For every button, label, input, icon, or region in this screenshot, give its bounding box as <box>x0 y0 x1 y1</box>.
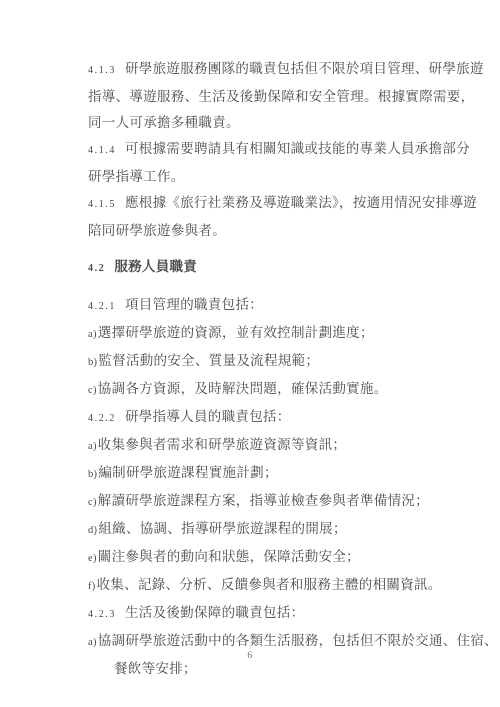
doc-line: c)協調各方資源，及時解決問題，確保活動實施。 <box>88 376 448 404</box>
line-text: 收集參與者需求和研學旅遊資源等資訊； <box>98 437 346 452</box>
list-item-marker: a) <box>88 329 97 340</box>
line-text: 解讀研學旅遊課程方案，指導並檢查參與者準備情況； <box>98 493 429 508</box>
doc-line: b)監督活動的安全、質量及流程規範； <box>88 348 448 376</box>
line-text: 應根據《旅行社業務及導遊職業法》，按適用情況安排導遊 <box>125 195 477 210</box>
clause-number: 4.2 <box>88 263 105 274</box>
line-text: 協調各方資源，及時解決問題，確保活動實施。 <box>98 381 388 396</box>
doc-line: 4.1.3研學旅遊服務團隊的職責包括但不限於項目管理、研學旅遊 <box>88 56 448 84</box>
line-text: 研學指導工作。 <box>88 169 185 184</box>
line-text: 項目管理的職責包括： <box>125 297 263 312</box>
list-item-marker: b) <box>88 357 97 368</box>
clause-number: 4.1.5 <box>88 199 116 210</box>
page-number: 6 <box>0 651 500 661</box>
line-text: 研學旅遊服務團隊的職責包括但不限於項目管理、研學旅遊 <box>125 61 484 76</box>
line-text: 收集、記錄、分析、反饋參與者和服務主體的相關資訊。 <box>97 577 442 592</box>
doc-line: a)收集參與者需求和研學旅遊資源等資訊； <box>88 432 448 460</box>
line-text: 指導、導遊服務、生活及後勤保障和安全管理。根據實際需要， <box>88 89 474 104</box>
section-heading-line: 4.2服務人員職責 <box>88 254 448 282</box>
list-item-marker: f) <box>88 581 96 592</box>
doc-line: 4.2.2研學指導人員的職責包括： <box>88 404 448 432</box>
list-item-marker: a) <box>88 441 97 452</box>
line-text: 服務人員職責 <box>114 259 197 274</box>
clause-number: 4.1.4 <box>88 145 116 156</box>
doc-line: f)收集、記錄、分析、反饋參與者和服務主體的相關資訊。 <box>88 572 448 600</box>
list-item-marker: c) <box>88 385 97 396</box>
line-text: 組織、協調、指導研學旅遊課程的開展； <box>98 521 346 536</box>
line-text: 生活及後勤保障的職責包括： <box>125 605 304 620</box>
doc-line: 同一人可承擔多種職責。 <box>88 110 448 136</box>
list-item-marker: b) <box>88 469 97 480</box>
doc-line: 研學指導工作。 <box>88 164 448 190</box>
line-text: 協調研學旅遊活動中的各類生活服務，包括但不限於交通、住宿、 <box>98 633 498 648</box>
doc-line: 指導、導遊服務、生活及後勤保障和安全管理。根據實際需要， <box>88 84 448 110</box>
clause-number: 4.2.2 <box>88 413 116 424</box>
doc-line: a)選擇研學旅遊的資源，並有效控制計劃進度； <box>88 320 448 348</box>
doc-line: c)解讀研學旅遊課程方案，指導並檢查參與者準備情況； <box>88 488 448 516</box>
list-item-marker: d) <box>88 525 97 536</box>
doc-line: 陪同研學旅遊參與者。 <box>88 218 448 244</box>
list-item-marker: a) <box>88 637 97 648</box>
clause-number: 4.2.3 <box>88 609 116 620</box>
line-text: 關注參與者的動向和狀態，保障活動安全； <box>98 549 360 564</box>
line-text: 研學指導人員的職責包括： <box>125 409 291 424</box>
line-text: 餐飲等安排； <box>114 661 197 676</box>
line-text: 可根據需要聘請具有相關知識或技能的專業人員承擔部分 <box>125 141 470 156</box>
document-page: 4.1.3研學旅遊服務團隊的職責包括但不限於項目管理、研學旅遊指導、導遊服務、生… <box>0 0 500 707</box>
clause-number: 4.2.1 <box>88 301 116 312</box>
line-text: 陪同研學旅遊參與者。 <box>88 223 226 238</box>
clause-number: 4.1.3 <box>88 65 116 76</box>
doc-line: 4.2.1項目管理的職責包括： <box>88 292 448 320</box>
doc-line: 4.1.5應根據《旅行社業務及導遊職業法》，按適用情況安排導遊 <box>88 190 448 218</box>
line-text: 編制研學旅遊課程實施計劃； <box>98 465 277 480</box>
doc-line: 4.2.3生活及後勤保障的職責包括： <box>88 600 448 628</box>
line-text: 監督活動的安全、質量及流程規範； <box>98 353 319 368</box>
doc-line: 4.1.4可根據需要聘請具有相關知識或技能的專業人員承擔部分 <box>88 136 448 164</box>
doc-line: b)編制研學旅遊課程實施計劃； <box>88 460 448 488</box>
doc-line: d)組織、協調、指導研學旅遊課程的開展； <box>88 516 448 544</box>
line-text: 選擇研學旅遊的資源，並有效控制計劃進度； <box>98 325 374 340</box>
list-item-marker: c) <box>88 497 97 508</box>
line-text: 同一人可承擔多種職責。 <box>88 115 240 130</box>
document-content: 4.1.3研學旅遊服務團隊的職責包括但不限於項目管理、研學旅遊指導、導遊服務、生… <box>88 56 448 682</box>
list-item-marker: e) <box>88 553 97 564</box>
doc-line: e)關注參與者的動向和狀態，保障活動安全； <box>88 544 448 572</box>
